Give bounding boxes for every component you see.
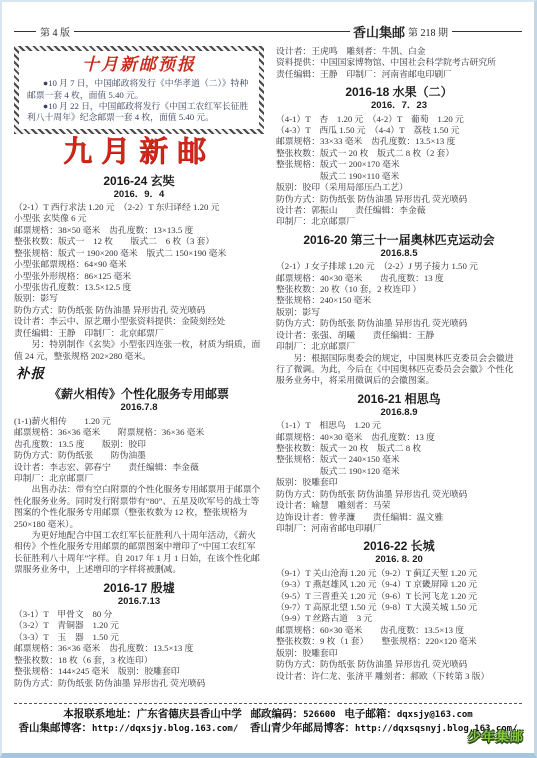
section-lines: （1-1）T 相思鸟 1.20 元邮票规格：40×30 毫米 齿孔度数：13 度… [276,420,522,534]
section-lines: （2-1）T 西行求法 1.20 元 （2-2）T 东归译经 1.20 元小型张… [14,202,264,362]
detail-line: 出售办法：带有空白附票的个性化服务专用邮票用于邮票个性化服务业务。同时发行附票带… [14,484,264,530]
detail-line: 版别：胶雕套印 [276,648,522,659]
detail-line: 设计者：郭振山 责任编辑：李金薇 [276,205,522,216]
forecast-items: ●10 月 7 日，中国邮政将发行《中华孝道（二）》特种邮票一套 4 枚，面值 … [27,78,251,124]
right-column: 设计者：王虎鸣 雕刻者：牛凯、白金资料提供：中国国家博物馆、中国社会科学院考古研… [276,45,522,700]
detail-line: 边饰设计者：曾孝濂 责任编辑：温文雅 [276,512,522,523]
email-address: dqxsjy@163.com [397,710,473,720]
supplement-label: 补报 [16,365,264,383]
page-number: 第 4 版 [36,24,74,39]
detail-line: （3-1）T 甲骨文 80 分 [14,609,264,620]
detail-line: 为更好地配合中国工农红军长征胜利八十周年活动，《薪火相传》个性化服务专用邮票的邮… [14,530,264,576]
section-lines: （2-1）J 女子排球 1.20 元 （2-2）J 男子接力 1.50 元邮票规… [276,261,522,387]
detail-line: （2-1）J 女子排球 1.20 元 （2-2）J 男子接力 1.50 元 [276,261,522,272]
section-xiangsiniao: 2016-21 相思鸟 2016.8.9 （1-1）T 相思鸟 1.20 元邮票… [276,392,522,535]
newspaper-page: 第 4 版 香山集邮 第 218 期 十月新邮预报 ●10 月 7 日，中国邮政… [0,0,537,758]
detail-line: 印制厂：河南省邮电印刷厂 [276,523,522,534]
forecast-item: ●10 月 22 日，中国邮政将发行《中国工农红军长征胜利八十周年》纪念邮票一套… [27,101,251,124]
detail-line: 整张规格：144×245 毫米 版别：胶雕套印 [14,666,264,677]
detail-line: 整张规格：版式一 190×200 毫米 版式二 150×190 毫米 [14,248,264,259]
contact-address: 本报联系地址：广东省德庆县香山中学 [63,708,242,720]
detail-line: （9-9）T 丝路古道 3 元 [276,613,522,624]
detail-line: 印制厂：北京邮票厂 [276,216,522,227]
detail-line: 版别：影写 [14,293,264,304]
detail-line: 版别：影写 [276,307,522,318]
detail-line: 整张枚数：18 枚（6 套，3 枚连印） [14,655,264,666]
detail-line: 小型张齿孔度数：13.5×12.5 度 [14,282,264,293]
detail-line: 邮票规格：40×30 毫米 齿孔度数：13 度 [276,432,522,443]
detail-line: 防伪方式：防伪纸张 防伪油墨 异形齿孔 荧光喷码 [276,318,522,329]
section-heading: 《薪火相传》个性化服务专用邮票 [14,387,264,402]
section-date: 2016.7.13 [14,596,264,608]
section-shuiguo: 2016-18 水果（二） 2016．7．23 （4-1）T 杏 1.20 元 … [276,85,522,228]
masthead-rule-left [14,31,36,32]
detail-line: 防伪方式：防伪纸张 防伪油墨 异形齿孔 荧光喷码 [276,659,522,670]
detail-line: 另：特别制作《玄奘》小型张四连张一枚，材质为绢质，面值 24 元，整张规格 20… [14,339,264,362]
detail-line: 邮票规格：60×30 毫米 齿孔度数：13.5×13 度 [276,625,522,636]
detail-line: 整张规格：版式一 240×150 毫米 [276,454,522,465]
footer-line-1: 本报联系地址：广东省德庆县香山中学 邮政编码：526600 电子邮箱：dqxsj… [14,707,522,721]
detail-line: 邮票规格：36×36 毫米 附票规格：36×36 毫米 [14,427,264,438]
section-xinhuo: 《薪火相传》个性化服务专用邮票 2016.7.8 (1-1)薪火相传 1.20 … [14,387,264,575]
detail-line: 版式二 190×110 毫米 [276,171,522,182]
detail-line: 整张枚数：版式一 20 枚 版式二 8 枚（2 套） [276,148,522,159]
section-lines: (1-1)薪火相传 1.20 元邮票规格：36×36 毫米 附票规格：36×36… [14,416,264,576]
detail-line: 齿孔度数：13.5 度 版别：胶印 [14,439,264,450]
zip-label: 邮政编码： [251,708,304,720]
detail-line: （3-3）T 玉 器 1.50 元 [14,632,264,643]
section-heading: 2016-22 长城 [276,539,522,554]
detail-line: 邮票规格：33×33 毫米 齿孔度数：13.5×13 度 [276,136,522,147]
detail-line: 整张枚数：9 枚（1 套） 整张规格：220×120 毫米 [276,636,522,647]
section-heading: 2016-21 相思鸟 [276,392,522,407]
forecast-box-border: 十月新邮预报 ●10 月 7 日，中国邮政将发行《中华孝道（二）》特种邮票一套 … [14,46,264,134]
detail-line: 资料提供：中国国家博物馆、中国社会科学院考古研究所 [276,57,522,68]
section-date: 2016.8.5 [276,248,522,260]
forecast-item: ●10 月 7 日，中国邮政将发行《中华孝道（二）》特种邮票一套 4 枚，面值 … [27,78,251,101]
detail-line: 设计者：李志宏、郭春宁 责任编辑：李金薇 [14,462,264,473]
footer: 本报联系地址：广东省德庆县香山中学 邮政编码：526600 电子邮箱：dqxsj… [14,703,522,749]
detail-line: 设计者：许仁龙、张济平 雕刻者：郝欧（下转第 3 版） [276,671,522,682]
detail-line: 设计者：李云中、原艺珊小型张资料提供：金陵刻经处 [14,316,264,327]
masthead-rule-right [452,31,522,32]
zip-code: 526600 [303,710,336,720]
section-date: 2016．9．4 [14,189,264,201]
section-lines: （3-1）T 甲骨文 80 分（3-2）T 青铜器 1.20 元（3-3）T 玉… [14,609,264,689]
left-column: 十月新邮预报 ●10 月 7 日，中国邮政将发行《中华孝道（二）》特种邮票一套 … [14,45,264,700]
detail-line: 设计者：喻慧 雕刻者：马荣 [276,500,522,511]
detail-line: 设计者：张强、胡曦 责任编辑：王静 [276,330,522,341]
detail-line: 防伪方式：防伪纸张 防伪油墨 异形齿孔 荧光喷码 [14,678,264,689]
section-heading: 2016-20 第三十一届奥林匹克运动会 [276,233,522,248]
detail-line: 版式二 190×120 毫米 [276,466,522,477]
section-date: 2016.7.8 [14,402,264,414]
footer-line-2: 香山集邮博客：http://dqxsjy.blog.163.com/ 香山青少年… [14,721,522,735]
newspaper-title: 香山集邮 [350,22,408,41]
detail-line: 邮票规格：36×36 毫米 齿孔度数：13.5×13 度 [14,643,264,654]
detail-line: 小型张外形规格：86×125 毫米 [14,271,264,282]
yinxu-continued-lines: 设计者：王虎鸣 雕刻者：牛凯、白金资料提供：中国国家博物馆、中国社会科学院考古研… [276,46,522,80]
section-lines: （4-1）T 杏 1.20 元 （4-2）T 葡萄 1.20 元（4-3）T 西… [276,114,522,228]
detail-line: 设计者：王虎鸣 雕刻者：牛凯、白金 [276,46,522,57]
detail-line: 防伪方式：防伪纸张 防伪油墨 异形齿孔 荧光喷码 [276,194,522,205]
forecast-title: 十月新邮预报 [27,54,251,76]
detail-line: 邮票规格：40×30 毫米 齿孔度数：13 度 [276,273,522,284]
section-lines: （9-1）T 关山沧海 1.20 元（9-2）T 蓟辽天堑 1.20 元（9-3… [276,568,522,682]
detail-line: 整张枚数：20 枚（10 套，2 枚连印 ） [276,284,522,295]
youth-philately-badge: 少年集邮 [467,726,524,745]
detail-line: 责任编辑：王静 印制厂：北京邮票厂 [14,328,264,339]
detail-line: 防伪方式：防伪纸张 防伪油墨 异形齿孔 荧光喷码 [276,489,522,500]
section-changcheng: 2016-22 长城 2016. 8. 20 （9-1）T 关山沧海 1.20 … [276,539,522,682]
section-date: 2016.8.9 [276,407,522,419]
detail-line: 小型张 玄奘像 6 元 [14,213,264,224]
detail-line: （1-1）T 相思鸟 1.20 元 [276,420,522,431]
detail-line: 整张枚数：版式一 12 枚 版式二 6 枚（3 套） [14,236,264,247]
blog2-label: 香山青少年邮局博客： [250,722,355,734]
detail-line: 防伪方式：防伪纸张 防伪油墨 异形齿孔 荧光喷码 [14,305,264,316]
email-label: 电子邮箱： [344,708,397,720]
detail-line: 版别：胶雕套印 [276,477,522,488]
detail-line: （4-3）T 西瓜 1.50 元 （4-4）T 荔枝 1.50 元 [276,125,522,136]
detail-line: （9-1）T 关山沧海 1.20 元（9-2）T 蓟辽天堑 1.20 元 [276,568,522,579]
section-heading: 2016-17 殷墟 [14,581,264,596]
detail-line: 邮票规格：38×50 毫米 齿孔度数：13×13.5 度 [14,225,264,236]
blog1-url: http://dqxsjy.blog.163.com/ [92,724,238,734]
section-aoyun: 2016-20 第三十一届奥林匹克运动会 2016.8.5 （2-1）J 女子排… [276,233,522,387]
detail-line: 整张规格：版式一 200×170 毫米 [276,159,522,170]
detail-line: 小型张邮票规格：64×90 毫米 [14,259,264,270]
detail-line: （9-7）T 高原北望 1.50 元（9-8）T 大漠关城 1.50 元 [276,602,522,613]
detail-line: 印制厂：北京邮票厂 [276,341,522,352]
detail-line: 防伪方式：防伪纸张 防伪油墨 [14,450,264,461]
section-date: 2016. 8. 20 [276,554,522,566]
section-heading: 2016-18 水果（二） [276,85,522,100]
masthead-rule-mid [74,31,350,32]
detail-line: （9-3）T 燕赵雄风 1.20 元（9-4）T 京畿屏障 1.20 元 [276,579,522,590]
detail-line: （4-1）T 杏 1.20 元 （4-2）T 葡萄 1.20 元 [276,114,522,125]
detail-line: 责任编辑：王静 印制厂：河南省邮电印刷厂 [276,69,522,80]
detail-line: （3-2）T 青铜器 1.20 元 [14,620,264,631]
section-date: 2016．7．23 [276,100,522,112]
detail-line: 印制厂：北京邮票厂 [14,473,264,484]
blog1-label: 香山集邮博客： [18,722,92,734]
detail-line: （9-5）T 三晋重关 1.20 元（9-6）T 长河飞龙 1.20 元 [276,591,522,602]
section-yinxu: 2016-17 殷墟 2016.7.13 （3-1）T 甲骨文 80 分（3-2… [14,581,264,689]
detail-line: 另：根据国际奥委会的规定，中国奥林匹克委员会会徽进行了微调。为此，今后在《中国奥… [276,353,522,387]
detail-line: 整张枚数：版式一 20 枚 版式二 8 枚 [276,443,522,454]
content-columns: 十月新邮预报 ●10 月 7 日，中国邮政将发行《中华孝道（二）》特种邮票一套 … [14,45,522,700]
section-xuanzang: 2016-24 玄奘 2016．9．4 （2-1）T 西行求法 1.20 元 （… [14,174,264,362]
detail-line: （2-1）T 西行求法 1.20 元 （2-2）T 东归译经 1.20 元 [14,202,264,213]
detail-line: 版别：胶印（采用局部压凸工艺） [276,182,522,193]
detail-line: (1-1)薪火相传 1.20 元 [14,416,264,427]
issue-number: 第 218 期 [408,24,452,39]
detail-line: 整张规格：240×150 毫米 [276,295,522,306]
september-new-stamps-title: 九月新邮 [14,137,264,169]
section-heading: 2016-24 玄奘 [14,174,264,189]
masthead: 第 4 版 香山集邮 第 218 期 [14,22,522,41]
forecast-box: 十月新邮预报 ●10 月 7 日，中国邮政将发行《中华孝道（二）》特种邮票一套 … [19,51,259,129]
